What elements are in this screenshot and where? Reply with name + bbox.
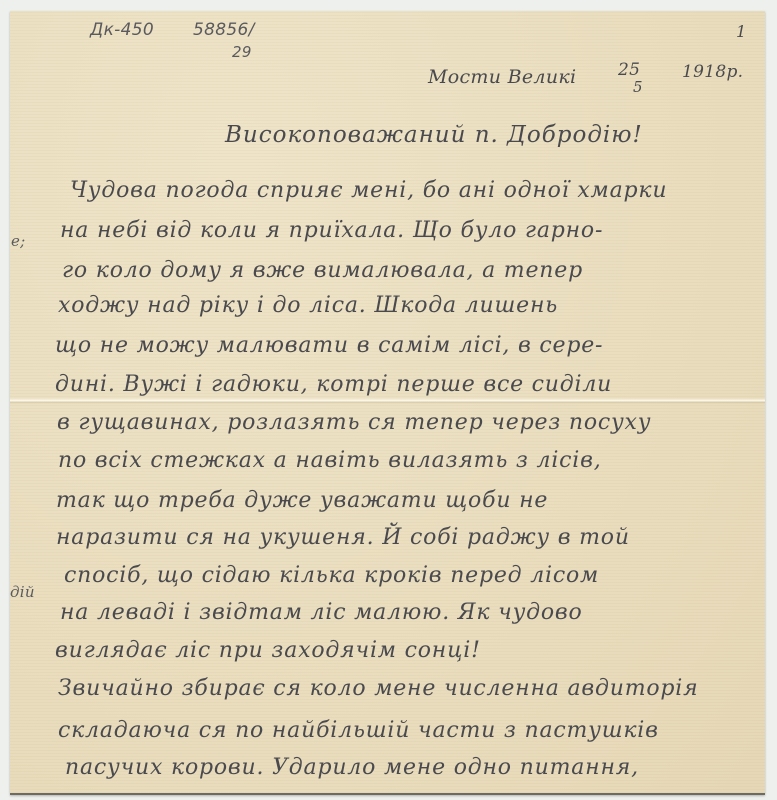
paper-fold-crease [10, 398, 765, 404]
body-line: наразити ся на укушеня. Й собі раджу в т… [56, 525, 630, 550]
date-day: 25 [618, 60, 640, 80]
margin-note-upper: е; [11, 232, 26, 250]
body-line: дині. Вужі і гадюки, котрі перше все сид… [55, 372, 612, 397]
body-line: пасучих корови. Ударило мене одно питанн… [65, 755, 639, 780]
letter-year: 1918р. [682, 62, 743, 82]
body-line: так що треба дуже уважати щоби не [56, 488, 548, 513]
body-line: в гущавинах, розлазять ся тепер через по… [57, 410, 651, 435]
salutation: Високоповажаний п. Добродію! [225, 122, 643, 148]
margin-note-lower: дій [10, 583, 35, 601]
body-line: що не можу малювати в самім лісі, в сере… [55, 333, 603, 358]
body-line: спосіб, що сідаю кілька кроків перед ліс… [64, 563, 599, 588]
body-line: складаюча ся по найбільшій части з пасту… [58, 718, 659, 743]
inventory-subnumber: 29 [232, 43, 252, 61]
body-line: на небі від коли я приїхала. Що було гар… [60, 218, 603, 243]
body-line: го коло дому я вже вималювала, а тепер [62, 258, 583, 283]
letter-place: Мости Великі [428, 66, 576, 88]
body-line: ходжу над ріку і до ліса. Шкода лишень [58, 293, 558, 318]
page-number: 1 [736, 22, 746, 41]
archive-code: Дк-450 [90, 20, 154, 40]
body-line: Чудова погода сприяє мені, бо ані одної … [70, 178, 667, 203]
body-line: на леваді і звідтам ліс малюю. Як чудово [60, 600, 583, 625]
date-month: 5 [633, 78, 643, 96]
inventory-number: 58856/ [193, 20, 255, 40]
body-line: по всіх стежках а навіть вилазять з лісі… [58, 448, 602, 473]
body-line: виглядає ліс при заходячім сонці! [55, 638, 481, 663]
body-line: Звичайно збирає ся коло мене численна ав… [58, 676, 698, 701]
